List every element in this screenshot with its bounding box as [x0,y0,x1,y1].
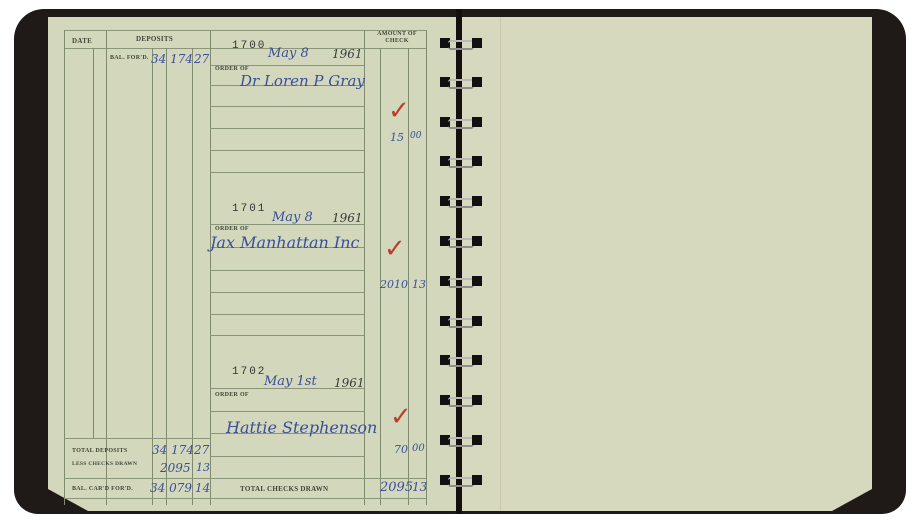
check-amount-cents: 13 [412,278,426,291]
payee: Dr Loren P Gray [240,72,365,90]
check-number: 1701 [232,203,266,215]
check-year: 1961 [332,47,363,61]
payee: Jax Manhattan Inc [210,233,360,252]
ring-icon [440,77,482,87]
check-number: 1702 [232,366,266,378]
header-amount-of-check: AMOUNT OF CHECK [368,31,426,45]
header-deposits: DEPOSITS [136,35,173,43]
check-amount-dollars: 2010 [380,278,408,291]
check-number: 1700 [232,40,266,52]
total-checks-cents: 13 [412,480,427,494]
check-date: May 1st [264,374,317,389]
bal-carried-dollars: 34 079 [150,481,192,495]
check-date: May 8 [268,46,309,61]
total-deposits-label: TOTAL DEPOSITS [72,448,128,454]
bal-carried-label: BAL. CAR'D FOR'D. [72,486,133,492]
ring-icon [440,196,482,206]
ring-icon [440,316,482,326]
header-date: DATE [72,37,92,45]
ring-icon [440,355,482,365]
checkmark-icon: ✓ [390,402,412,432]
page-margin-line [500,17,501,511]
checkmark-icon: ✓ [384,234,406,264]
check-year: 1961 [334,376,365,390]
total-checks-label: TOTAL CHECKS DRAWN [240,485,328,493]
ring-icon [440,475,482,485]
ring-icon [440,236,482,246]
ring-icon [440,156,482,166]
order-of-label: ORDER OF [215,226,249,232]
total-deposits-dollars: 34 174 [152,443,194,457]
ring-icon [440,117,482,127]
check-date: May 8 [272,210,313,225]
check-amount-cents: 00 [410,131,421,141]
check-year: 1961 [332,211,363,225]
check-amount-dollars: 15 [390,131,404,144]
less-checks-cents: 13 [196,461,210,474]
ring-icon [440,276,482,286]
check-amount-dollars: 70 [394,443,408,456]
less-checks-label: LESS CHECKS DRAWN [72,461,137,467]
bal-carried-cents: 14 [195,481,210,495]
bal-forward-dollars: 34 174 [151,52,193,66]
ring-icon [440,395,482,405]
ring-icon [440,38,482,48]
total-deposits-cents: 27 [194,443,209,457]
total-checks-dollars: 2095 [380,480,413,495]
ring-icon [440,435,482,445]
less-checks-dollars: 2095 [160,461,191,475]
bal-forward-label: BAL. FOR'D. [110,55,149,61]
bal-forward-cents: 27 [194,52,209,66]
payee: Hattie Stephenson [226,418,377,437]
order-of-label: ORDER OF [215,392,249,398]
blank-page-right [462,17,872,511]
checkmark-icon: ✓ [388,96,410,126]
check-amount-cents: 00 [412,443,425,454]
